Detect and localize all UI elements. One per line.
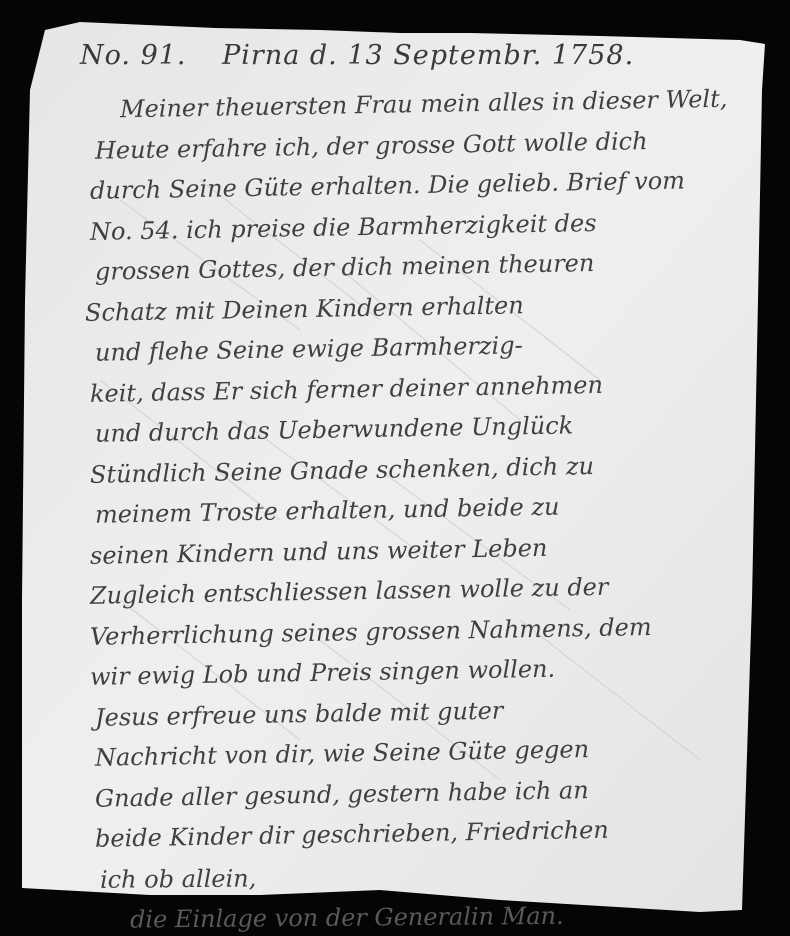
letter-place-date: Pirna d. 13 Septembr. 1758. bbox=[222, 40, 634, 71]
text-line: die Einlage von der Generalin Man. bbox=[80, 894, 760, 936]
text-line: ich ob allein, bbox=[80, 854, 760, 900]
letter-number: No. 91. bbox=[80, 40, 187, 71]
letter-text: No. 91. Pirna d. 13 Septembr. 1758. Mein… bbox=[80, 40, 760, 936]
